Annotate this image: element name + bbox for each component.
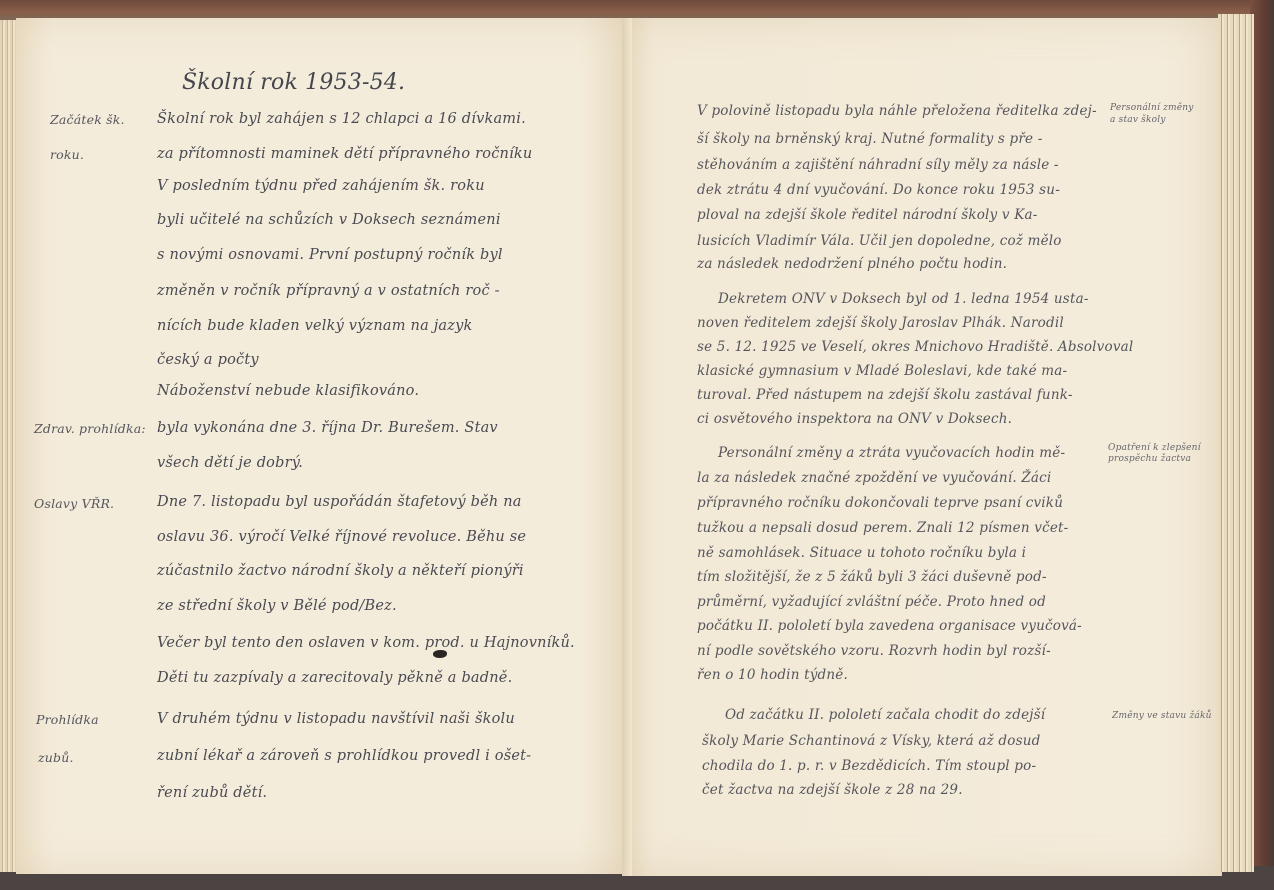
- margin-note-prospech: prospěchu žactva: [1108, 454, 1191, 464]
- margin-note-roku: roku.: [50, 147, 84, 162]
- text-line: řen o 10 hodin týdně.: [697, 667, 848, 683]
- text-line: byli učitelé na schůzích v Doksech sezná…: [157, 212, 501, 228]
- margin-note-prohlidka: Prohlídka: [36, 712, 99, 727]
- margin-note-zmeny-zaku: Změny ve stavu žáků: [1112, 711, 1212, 721]
- text-line: průměrní, vyžadující zvláštní péče. Prot…: [697, 594, 1046, 610]
- text-line: lusicích Vladimír Vála. Učil jen dopoled…: [697, 233, 1062, 249]
- text-line: Náboženství nebude klasifikováno.: [157, 383, 419, 399]
- text-line: chodila do 1. p. r. v Bezdědicích. Tím s…: [702, 758, 1036, 774]
- text-line: V posledním týdnu před zahájením šk. rok…: [157, 178, 485, 194]
- text-line: byla vykonána dne 3. října Dr. Burešem. …: [157, 420, 498, 436]
- text-line: Děti tu zazpívaly a zarecitovaly pěkně a…: [157, 670, 512, 686]
- margin-note-zubu: zubů.: [38, 750, 74, 765]
- text-line: dek ztrátu 4 dní vyučování. Do konce rok…: [697, 182, 1060, 198]
- margin-note-zacatek: Začátek šk.: [50, 112, 125, 127]
- text-line: za přítomnosti maminek dětí přípravného …: [157, 146, 532, 162]
- text-line: přípravného ročníku dokončovali teprve p…: [697, 495, 1063, 511]
- text-line: Dne 7. listopadu byl uspořádán štafetový…: [157, 494, 522, 510]
- text-line: ření zubů dětí.: [157, 785, 267, 801]
- text-line: klasické gymnasium v Mladé Boleslavi, kd…: [697, 363, 1067, 379]
- margin-note-personalni: Personální změny: [1110, 103, 1194, 113]
- text-line: nících bude kladen velký význam na jazyk: [157, 318, 473, 334]
- text-line: tím složitější, že z 5 žáků byli 3 žáci …: [697, 569, 1047, 585]
- text-line: ci osvětového inspektora na ONV v Doksec…: [697, 411, 1012, 427]
- text-line: ze střední školy v Bělé pod/Bez.: [157, 598, 397, 614]
- margin-note-zdrav-prohlidka: Zdrav. prohlídka:: [34, 421, 146, 436]
- text-line: ší školy na brněnský kraj. Nutné formali…: [697, 131, 1042, 147]
- text-line: V polovině listopadu byla náhle přeložen…: [697, 103, 1097, 119]
- text-line: školy Marie Schantinová z Vísky, která a…: [702, 733, 1040, 749]
- text-line: za následek nedodržení plného počtu hodi…: [697, 256, 1007, 272]
- ink-blot: [433, 650, 447, 658]
- text-line: zúčastnilo žactvo národní školy a někteř…: [157, 563, 524, 579]
- text-line: oslavu 36. výročí Velké říjnové revoluce…: [157, 529, 526, 545]
- text-line: změněn v ročník přípravný a v ostatních …: [157, 283, 500, 299]
- page-edges-right: [1218, 14, 1254, 872]
- text-line: noven ředitelem zdejší školy Jaroslav Pl…: [697, 315, 1064, 331]
- text-line: počátku II. pololetí byla zavedena organ…: [697, 618, 1082, 634]
- text-line: český a počty: [157, 352, 259, 368]
- text-line: Večer byl tento den oslaven v kom. prod.…: [157, 635, 575, 651]
- page-title: Školní rok 1953-54.: [182, 70, 405, 95]
- text-line: zubní lékař a zároveň s prohlídkou prove…: [157, 748, 531, 764]
- margin-note-opatreni: Opatření k zlepšení: [1108, 443, 1201, 453]
- text-line: ně samohlásek. Situace u tohoto ročníku …: [697, 545, 1026, 561]
- text-line: V druhém týdnu v listopadu navštívil naš…: [157, 711, 515, 727]
- book-gutter: [622, 18, 632, 876]
- text-line: ní podle sovětského vzoru. Rozvrh hodin …: [697, 643, 1051, 659]
- margin-note-stav-skoly: a stav školy: [1110, 115, 1166, 125]
- text-line: la za následek značné zpoždění ve vyučov…: [697, 470, 1051, 486]
- text-line: turoval. Před nástupem na zdejší školu z…: [697, 387, 1073, 403]
- text-line: ploval na zdejší škole ředitel národní š…: [697, 207, 1038, 223]
- text-line: s novými osnovami. První postupný ročník…: [157, 247, 503, 263]
- text-line: stěhováním a zajištění náhradní síly měl…: [697, 157, 1059, 173]
- text-line: Školní rok byl zahájen s 12 chlapci a 16…: [157, 111, 526, 127]
- text-line: se 5. 12. 1925 ve Veselí, okres Mnichovo…: [697, 339, 1133, 355]
- margin-note-oslavy-vrr: Oslavy VŘR.: [34, 496, 114, 511]
- text-line: Od začátku II. pololetí začala chodit do…: [725, 707, 1045, 723]
- text-line: Dekretem ONV v Doksech byl od 1. ledna 1…: [718, 291, 1089, 307]
- text-line: tužkou a nepsali dosud perem. Znali 12 p…: [697, 520, 1068, 536]
- text-line: všech dětí je dobrý.: [157, 455, 303, 471]
- text-line: čet žactva na zdejší škole z 28 na 29.: [702, 782, 963, 798]
- text-line: Personální změny a ztráta vyučovacích ho…: [718, 445, 1065, 461]
